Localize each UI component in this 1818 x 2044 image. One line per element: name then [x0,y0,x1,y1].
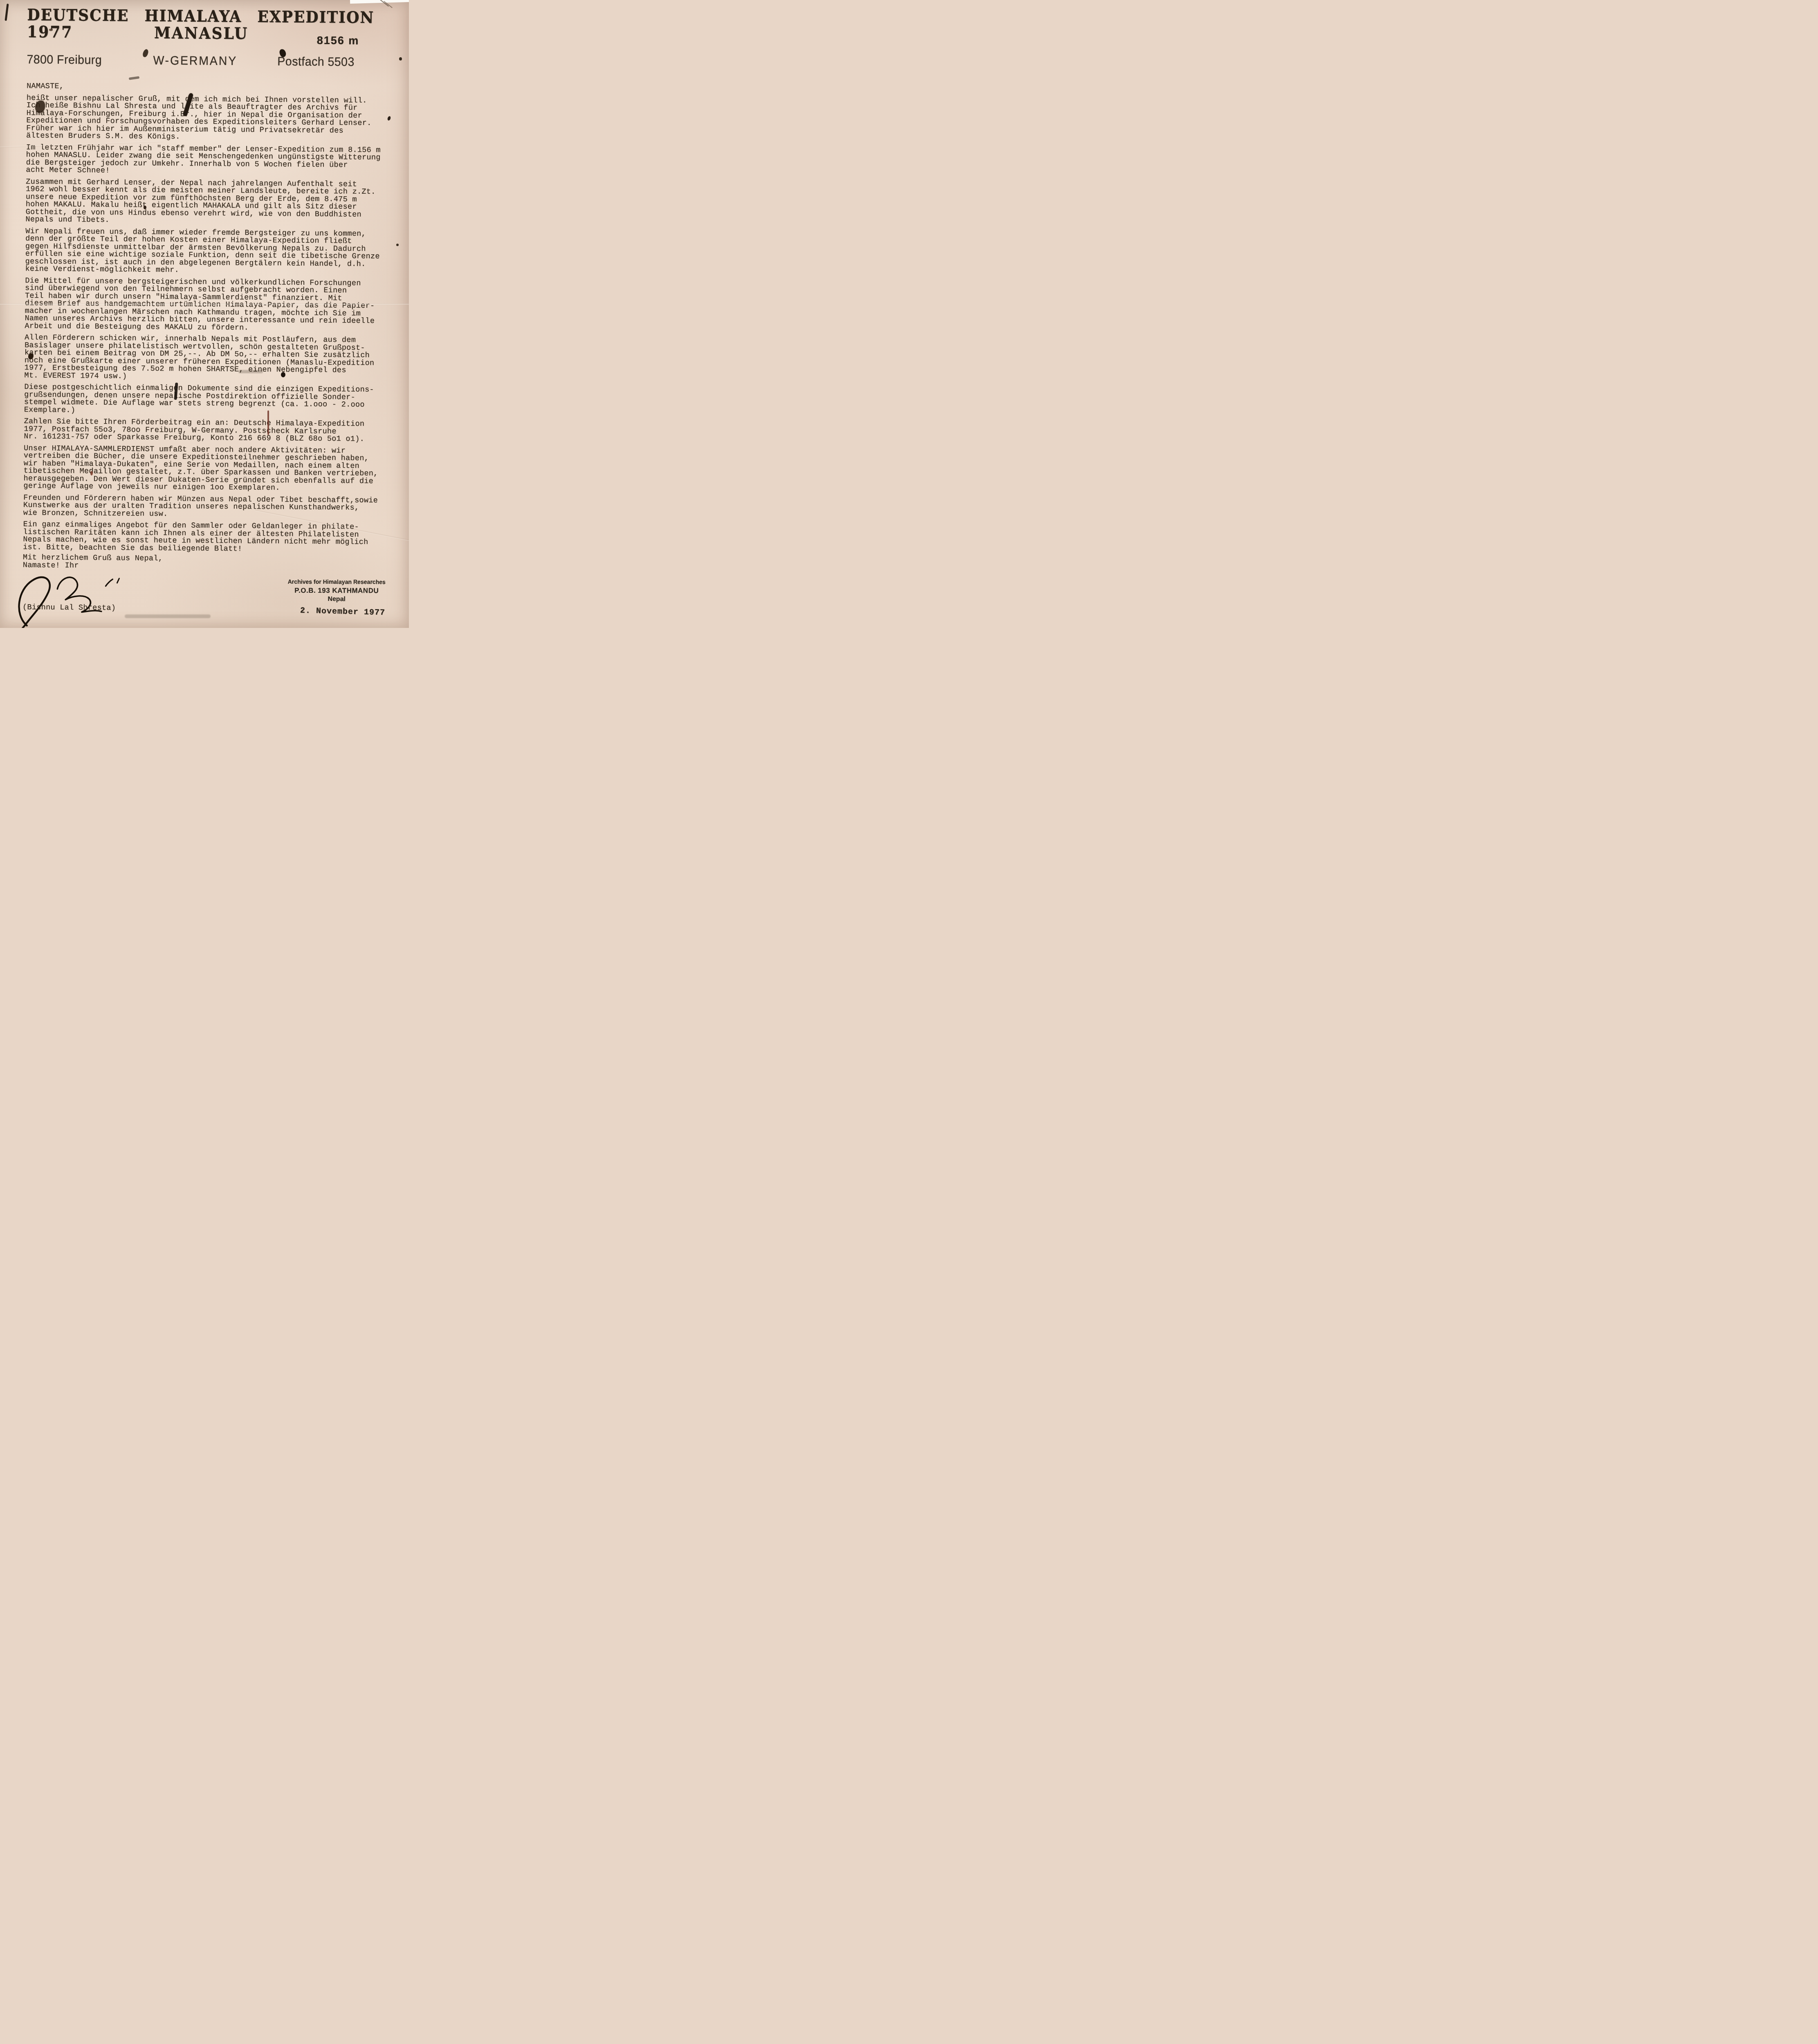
letterhead-title-word-1: DEUTSCHE [27,7,129,24]
letterhead-title: DEUTSCHE HIMALAYA EXPEDITION [27,7,374,25]
paper-crease [0,303,409,305]
stamp-line-2: P.O.B. 193 KATHMANDU [283,587,390,595]
paragraph-8: Zahlen Sie bitte Ihren Förderbeitrag ein… [24,418,394,444]
paragraph-9: Unser HIMALAYA-SAMMLERDIENST umfaßt aber… [23,445,394,493]
typed-signature-name: (Bishnu Lal Shresta) [22,603,116,612]
ink-stain [49,29,53,31]
handwritten-signature [9,564,144,628]
letterhead-year: 1977 [27,24,73,40]
letterhead-city: 7800 Freiburg [27,53,102,67]
stamp-line-1: Archives for Himalayan Researches [285,579,388,586]
letterhead-altitude: 8156 m [317,34,359,47]
archives-stamp: Archives for Himalayan Researches P.O.B.… [283,579,390,603]
letterhead-peak: MANASLU [154,25,249,42]
stamp-line-3: Nepal [283,596,390,603]
paragraph-7: Diese postgeschichtlich einmaligen Dokum… [24,383,395,417]
paragraph-6: Allen Förderern schicken wir, innerhalb … [24,334,395,382]
date: 2. November 1977 [300,606,386,618]
ink-stain [144,206,146,209]
letterhead-country: W-GERMANY [153,54,237,69]
letterhead-pobox: Postfach 5503 [277,55,355,69]
ink-stain [396,244,399,246]
salutation: NAMASTE, [27,83,397,93]
paragraph-3: Zusammen mit Gerhard Lenser, der Nepal n… [25,178,396,226]
ink-stain [90,471,93,475]
paragraph-10: Freunden und Förderern haben wir Münzen … [23,494,393,520]
paragraph-2: Im letzten Frühjahr war ich "staff membe… [26,144,396,177]
ink-stain [399,57,402,61]
smudge [238,370,263,373]
smudge [125,614,211,618]
paragraph-1: heißt unser nepalischer Gruß, mit dem ic… [26,94,397,143]
letterhead-title-word-3: EXPEDITION [257,9,374,26]
paragraph-4: Wir Nepali freuen uns, daß immer wieder … [25,228,395,276]
letterhead-title-word-2: HIMALAYA [145,8,242,25]
ink-stain [281,372,285,377]
ink-stain [267,410,269,435]
letter-page: DEUTSCHE HIMALAYA EXPEDITION 1977 MANASL… [0,0,409,628]
page-content: DEUTSCHE HIMALAYA EXPEDITION 1977 MANASL… [0,0,409,628]
letter-body: NAMASTE, heißt unser nepalischer Gruß, m… [23,83,397,558]
